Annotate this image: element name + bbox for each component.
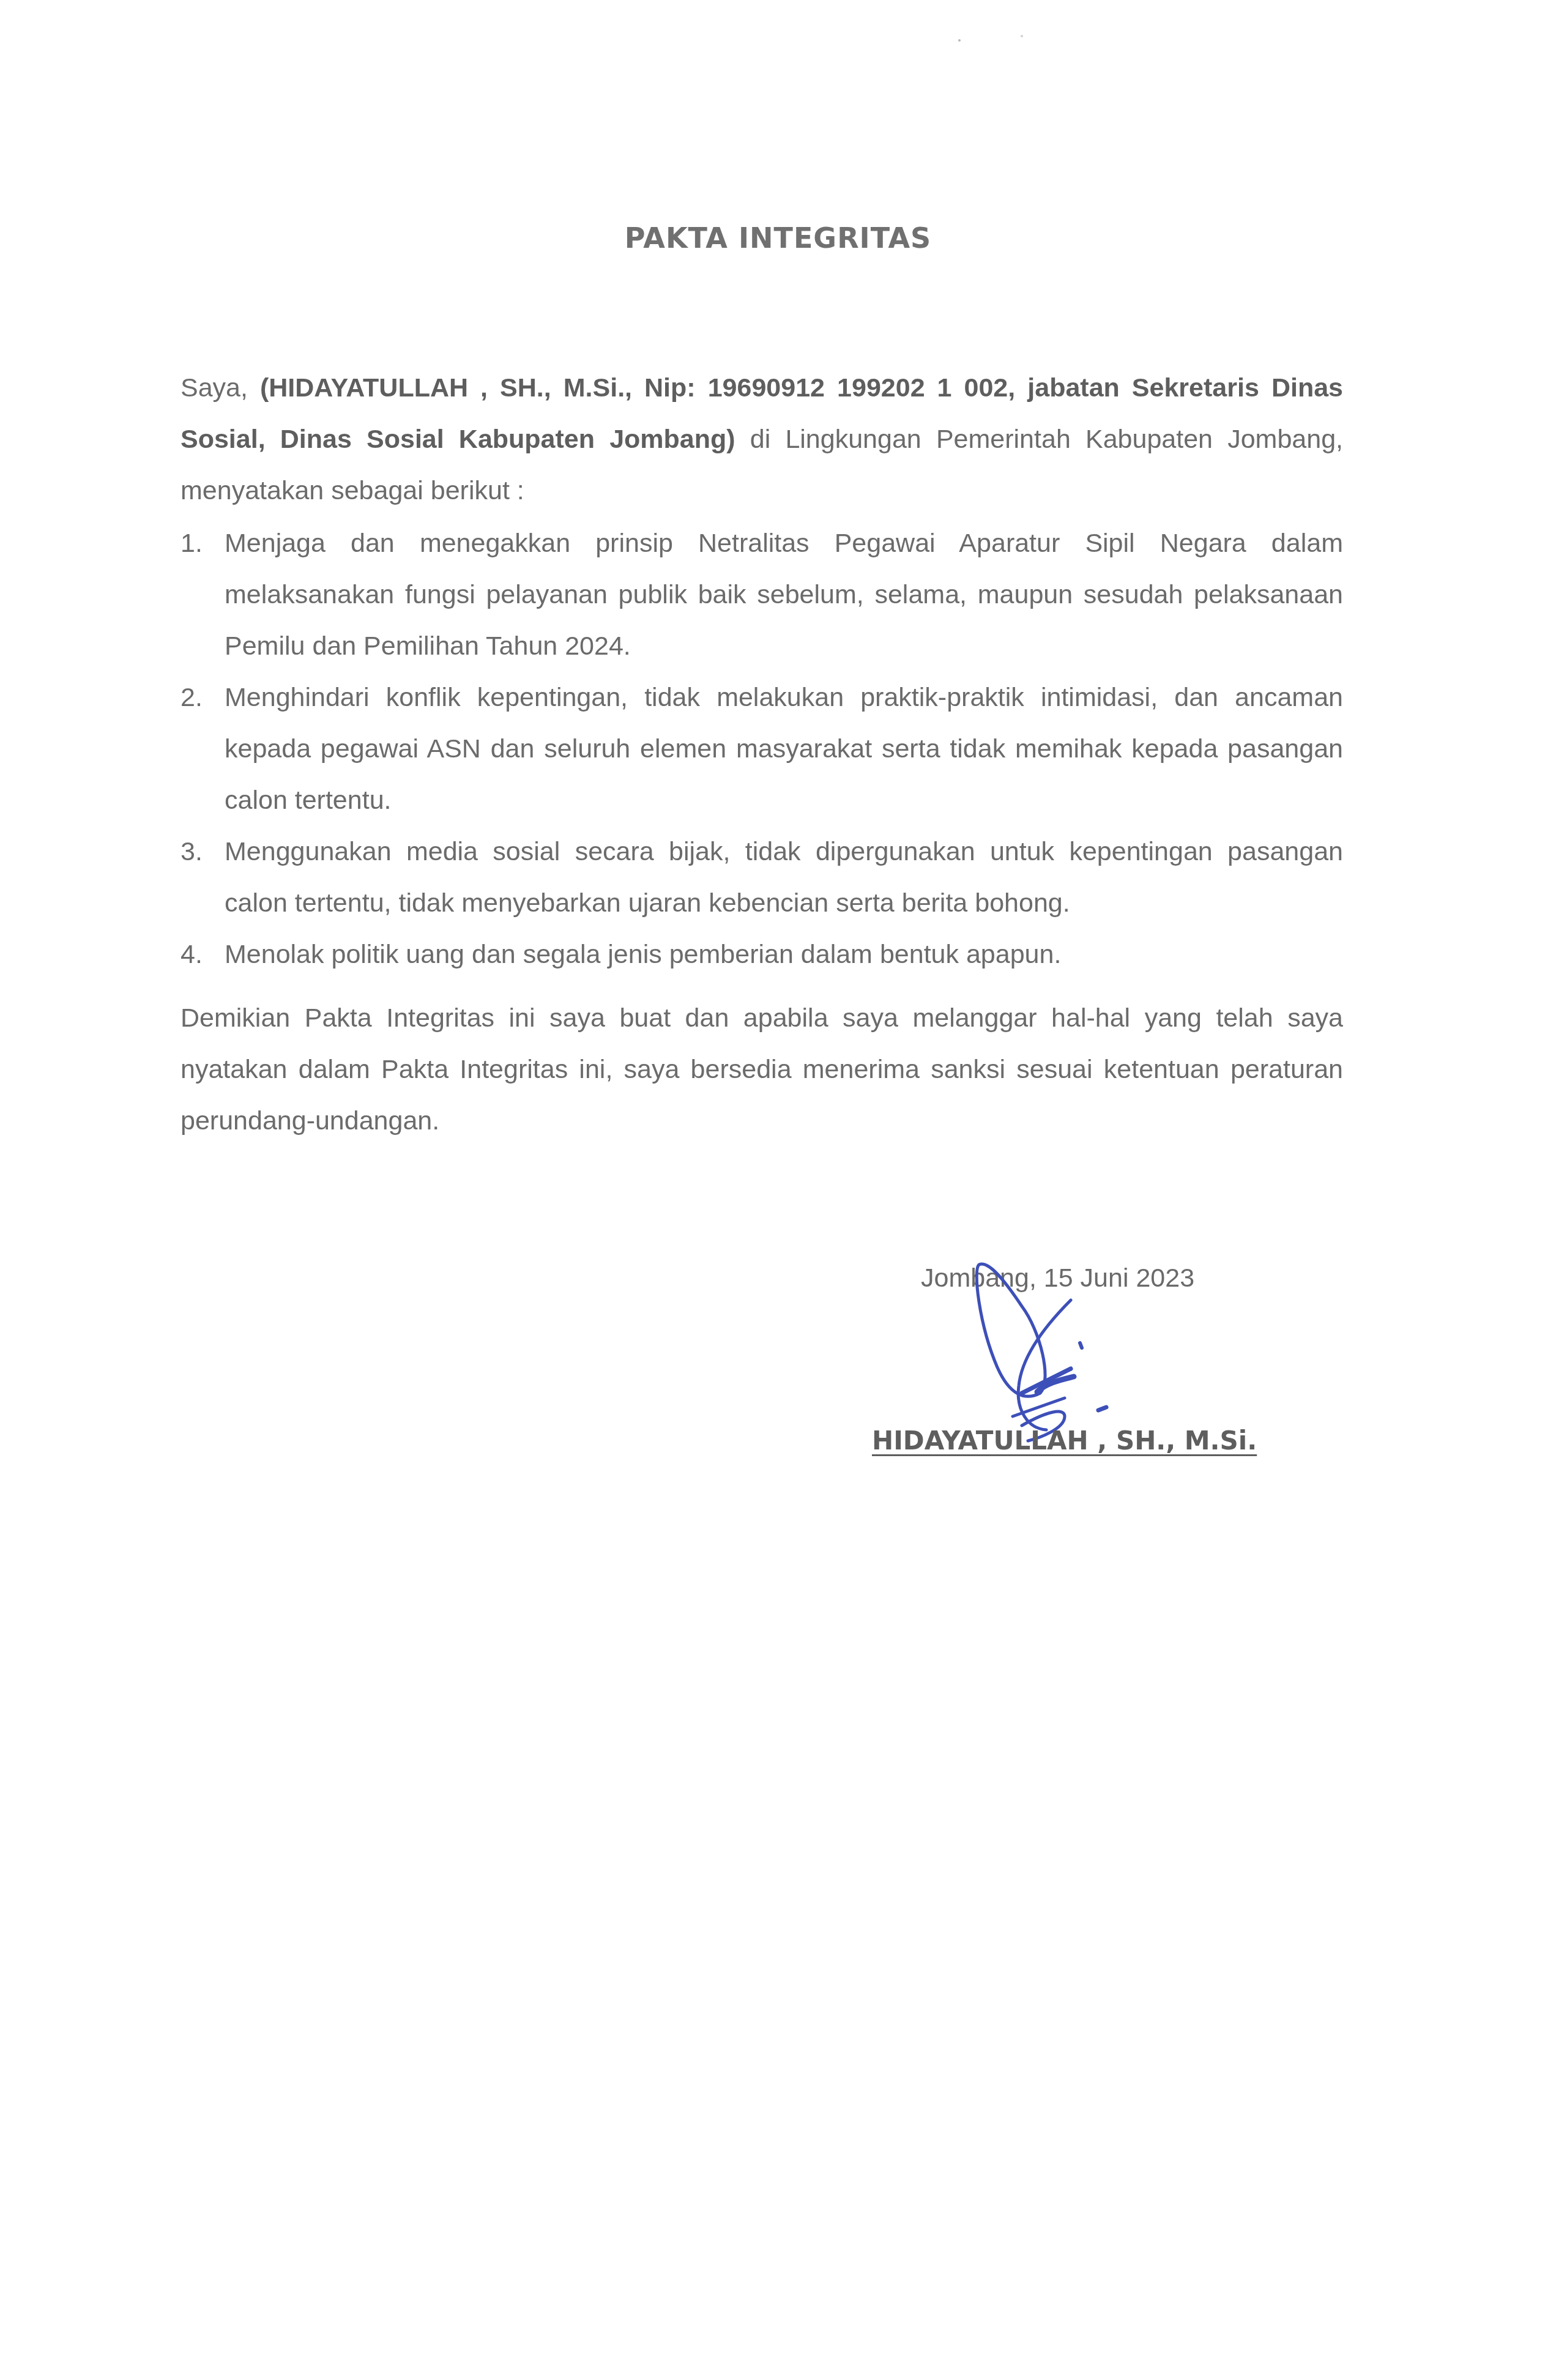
intro-prefix: Saya, xyxy=(181,373,260,403)
commitment-list: 1. Menjaga dan menegakkan prinsip Netral… xyxy=(181,518,1343,980)
intro-paragraph: Saya, (HIDAYATULLAH , SH., M.Si., Nip: 1… xyxy=(181,362,1343,516)
list-item-text: Menjaga dan menegakkan prinsip Netralita… xyxy=(225,529,1343,661)
list-item: 2. Menghindari konflik kepentingan, tida… xyxy=(181,672,1343,826)
list-item-text: Menolak politik uang dan segala jenis pe… xyxy=(225,940,1061,969)
list-item-number: 2. xyxy=(181,672,203,723)
signatory-name: HIDAYATULLAH , SH., M.Si. xyxy=(872,1426,1257,1456)
list-item-number: 1. xyxy=(181,518,203,569)
list-item: 1. Menjaga dan menegakkan prinsip Netral… xyxy=(181,518,1343,672)
document-title: PAKTA INTEGRITAS xyxy=(0,221,1556,255)
list-item: 3. Menggunakan media sosial secara bijak… xyxy=(181,826,1343,929)
list-item-number: 3. xyxy=(181,826,203,877)
scan-speck xyxy=(1021,35,1023,37)
handwritten-signature-icon xyxy=(955,1251,1212,1447)
closing-paragraph: Demikian Pakta Integritas ini saya buat … xyxy=(181,992,1343,1147)
list-item: 4. Menolak politik uang dan segala jenis… xyxy=(181,929,1343,980)
list-item-text: Menghindari konflik kepentingan, tidak m… xyxy=(225,683,1343,815)
scan-speck xyxy=(958,39,961,42)
list-item-text: Menggunakan media sosial secara bijak, t… xyxy=(225,837,1343,918)
list-item-number: 4. xyxy=(181,929,203,980)
